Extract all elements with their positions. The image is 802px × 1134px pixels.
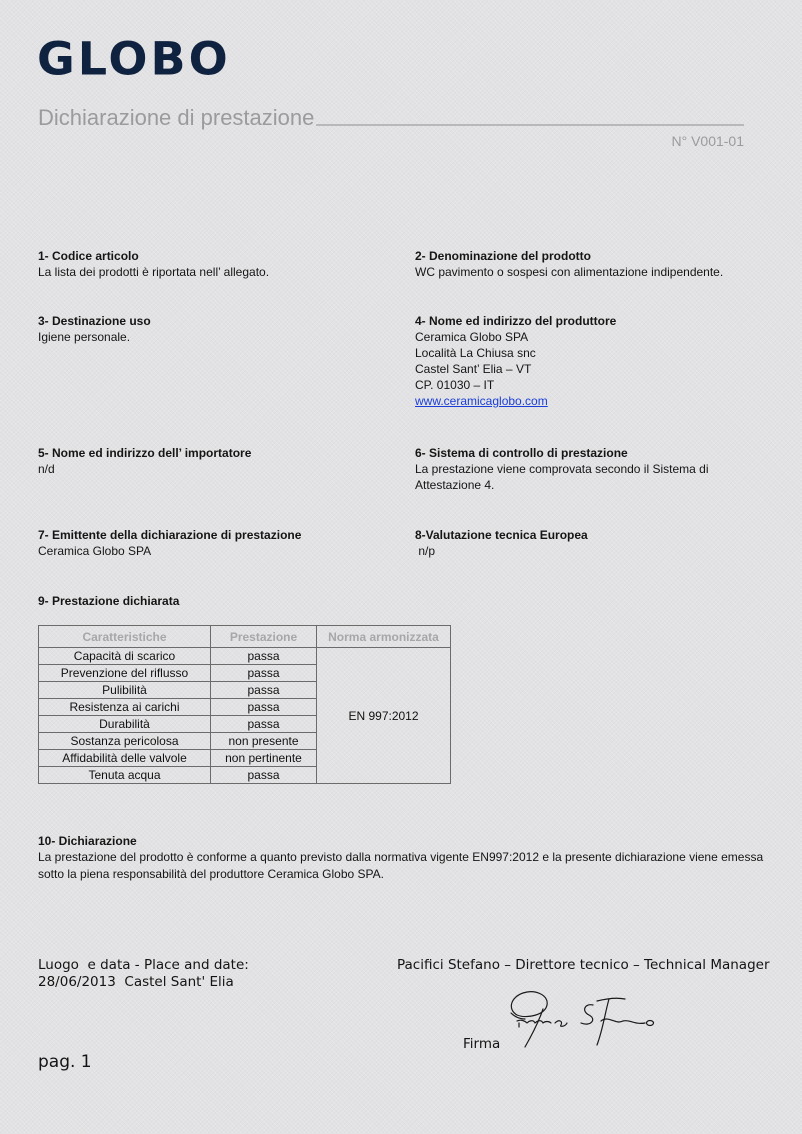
performance-table: Caratteristiche Prestazione Norma armoni… xyxy=(38,625,451,784)
section-heading: 9- Prestazione dichiarata xyxy=(38,593,179,609)
section-valutazione-tecnica: 8-Valutazione tecnica Europea n/p xyxy=(415,527,588,559)
place-date-label: Luogo e data - Place and date: xyxy=(38,957,249,974)
performance-cell: passa xyxy=(211,716,317,733)
signature-label: Firma xyxy=(463,1036,500,1052)
section-heading: 1- Codice articolo xyxy=(38,248,269,264)
page-number: pag. 1 xyxy=(38,1052,92,1072)
performance-cell: non presente xyxy=(211,733,317,750)
declaration-text: La prestazione del prodotto è conforme a… xyxy=(38,850,763,881)
section-heading: 5- Nome ed indirizzo dell’ importatore xyxy=(38,445,251,461)
section-prestazione-dichiarata: 9- Prestazione dichiarata xyxy=(38,593,179,609)
section-codice-articolo: 1- Codice articolo La lista dei prodotti… xyxy=(38,248,269,280)
column-header-prestazione: Prestazione xyxy=(211,626,317,648)
producer-website-link[interactable]: www.ceramicaglobo.com xyxy=(415,394,548,408)
section-sistema-controllo: 6- Sistema di controllo di prestazione L… xyxy=(415,445,725,493)
place-date-value: 28/06/2013 Castel Sant' Elia xyxy=(38,974,249,991)
table-row: Capacità di scaricopassaEN 997:2012 xyxy=(39,648,451,665)
section-text: La prestazione viene comprovata secondo … xyxy=(415,461,725,493)
performance-cell: non pertinente xyxy=(211,750,317,767)
section-heading: 2- Denominazione del prodotto xyxy=(415,248,723,264)
characteristic-cell: Affidabilità delle valvole xyxy=(39,750,211,767)
characteristic-cell: Resistenza ai carichi xyxy=(39,699,211,716)
performance-cell: passa xyxy=(211,648,317,665)
globo-logo: GLOBO xyxy=(37,35,231,84)
section-heading: 10- Dichiarazione xyxy=(38,834,768,849)
section-heading: 6- Sistema di controllo di prestazione xyxy=(415,445,725,461)
section-text: WC pavimento o sospesi con alimentazione… xyxy=(415,264,723,280)
signer-name-title: Pacifici Stefano – Direttore tecnico – T… xyxy=(397,957,770,974)
document-number: N° V001-01 xyxy=(671,132,744,150)
section-importatore: 5- Nome ed indirizzo dell’ importatore n… xyxy=(38,445,251,477)
section-heading: 4- Nome ed indirizzo del produttore xyxy=(415,313,616,329)
section-emittente: 7- Emittente della dichiarazione di pres… xyxy=(38,527,301,559)
handwritten-signature xyxy=(505,985,660,1053)
section-text: La lista dei prodotti è riportata nell’ … xyxy=(38,264,269,280)
table-header-row: Caratteristiche Prestazione Norma armoni… xyxy=(39,626,451,648)
producer-name: Ceramica Globo SPA xyxy=(415,329,616,345)
performance-cell: passa xyxy=(211,699,317,716)
section-text: Igiene personale. xyxy=(38,329,151,345)
section-text: n/d xyxy=(38,461,251,477)
harmonized-norm-cell: EN 997:2012 xyxy=(317,648,451,784)
producer-address-line: Castel Sant’ Elia – VT xyxy=(415,361,616,377)
section-heading: 7- Emittente della dichiarazione di pres… xyxy=(38,527,301,543)
characteristic-cell: Sostanza pericolosa xyxy=(39,733,211,750)
characteristic-cell: Tenuta acqua xyxy=(39,767,211,784)
characteristic-cell: Prevenzione del riflusso xyxy=(39,665,211,682)
place-and-date: Luogo e data - Place and date: 28/06/201… xyxy=(38,957,249,991)
performance-cell: passa xyxy=(211,682,317,699)
document-title: Dichiarazione di prestazione xyxy=(38,104,314,132)
section-text: n/p xyxy=(415,543,588,559)
column-header-norma: Norma armonizzata xyxy=(317,626,451,648)
performance-cell: passa xyxy=(211,767,317,784)
column-header-caratteristiche: Caratteristiche xyxy=(39,626,211,648)
section-heading: 3- Destinazione uso xyxy=(38,313,151,329)
characteristic-cell: Capacità di scarico xyxy=(39,648,211,665)
section-denominazione-prodotto: 2- Denominazione del prodotto WC pavimen… xyxy=(415,248,723,280)
section-text: Ceramica Globo SPA xyxy=(38,543,301,559)
section-dichiarazione: 10- Dichiarazione La prestazione del pro… xyxy=(38,834,768,883)
title-underline-divider xyxy=(316,124,744,126)
characteristic-cell: Pulibilità xyxy=(39,682,211,699)
producer-postcode: CP. 01030 – IT xyxy=(415,377,616,393)
performance-cell: passa xyxy=(211,665,317,682)
section-destinazione-uso: 3- Destinazione uso Igiene personale. xyxy=(38,313,151,345)
producer-address-line: Località La Chiusa snc xyxy=(415,345,616,361)
section-produttore: 4- Nome ed indirizzo del produttore Cera… xyxy=(415,313,616,409)
characteristic-cell: Durabilità xyxy=(39,716,211,733)
section-heading: 8-Valutazione tecnica Europea xyxy=(415,527,588,543)
